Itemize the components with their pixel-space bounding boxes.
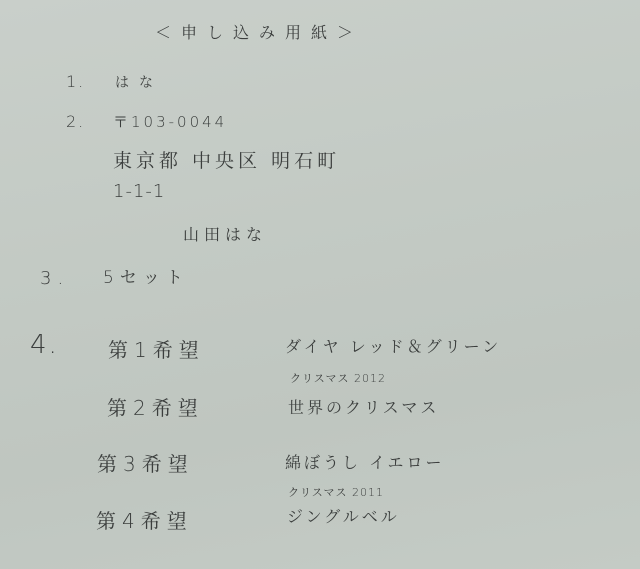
postal-code: 〒103-0044 — [113, 111, 227, 132]
choice-2-value: 世界のクリスマス — [288, 395, 439, 418]
item-4-number: 4. — [30, 330, 59, 360]
choice-4-value: ジングルベル — [287, 504, 400, 527]
item-3-quantity: 5セット — [103, 263, 189, 288]
item-3-number: 3. — [40, 268, 69, 289]
choice-4-subtitle: クリスマス 2011 — [288, 484, 384, 500]
choice-1-value: ダイヤ レッド＆グリーン — [285, 334, 501, 357]
choice-2-subtitle: クリスマス 2012 — [290, 370, 386, 386]
form-title: ＜申し込み用紙＞ — [155, 20, 363, 43]
choice-4-label: 第4希望 — [96, 505, 193, 534]
item-1-name: はな — [115, 72, 163, 92]
item-2-number: 2. — [66, 112, 85, 131]
recipient-name: 山田はな — [183, 222, 267, 245]
choice-3-label: 第3希望 — [97, 448, 194, 477]
address-line-2: 1-1-1 — [113, 181, 165, 202]
choice-3-value: 綿ぼうし イエロー — [285, 450, 444, 473]
choice-2-label: 第2希望 — [107, 392, 204, 421]
choice-1-label: 第1希望 — [108, 334, 205, 363]
address-line-1: 東京都 中央区 明石町 — [113, 146, 340, 173]
handwritten-application-form: ＜申し込み用紙＞ 1. はな 2. 〒103-0044 東京都 中央区 明石町 … — [0, 0, 640, 569]
item-1-number: 1. — [66, 72, 85, 91]
